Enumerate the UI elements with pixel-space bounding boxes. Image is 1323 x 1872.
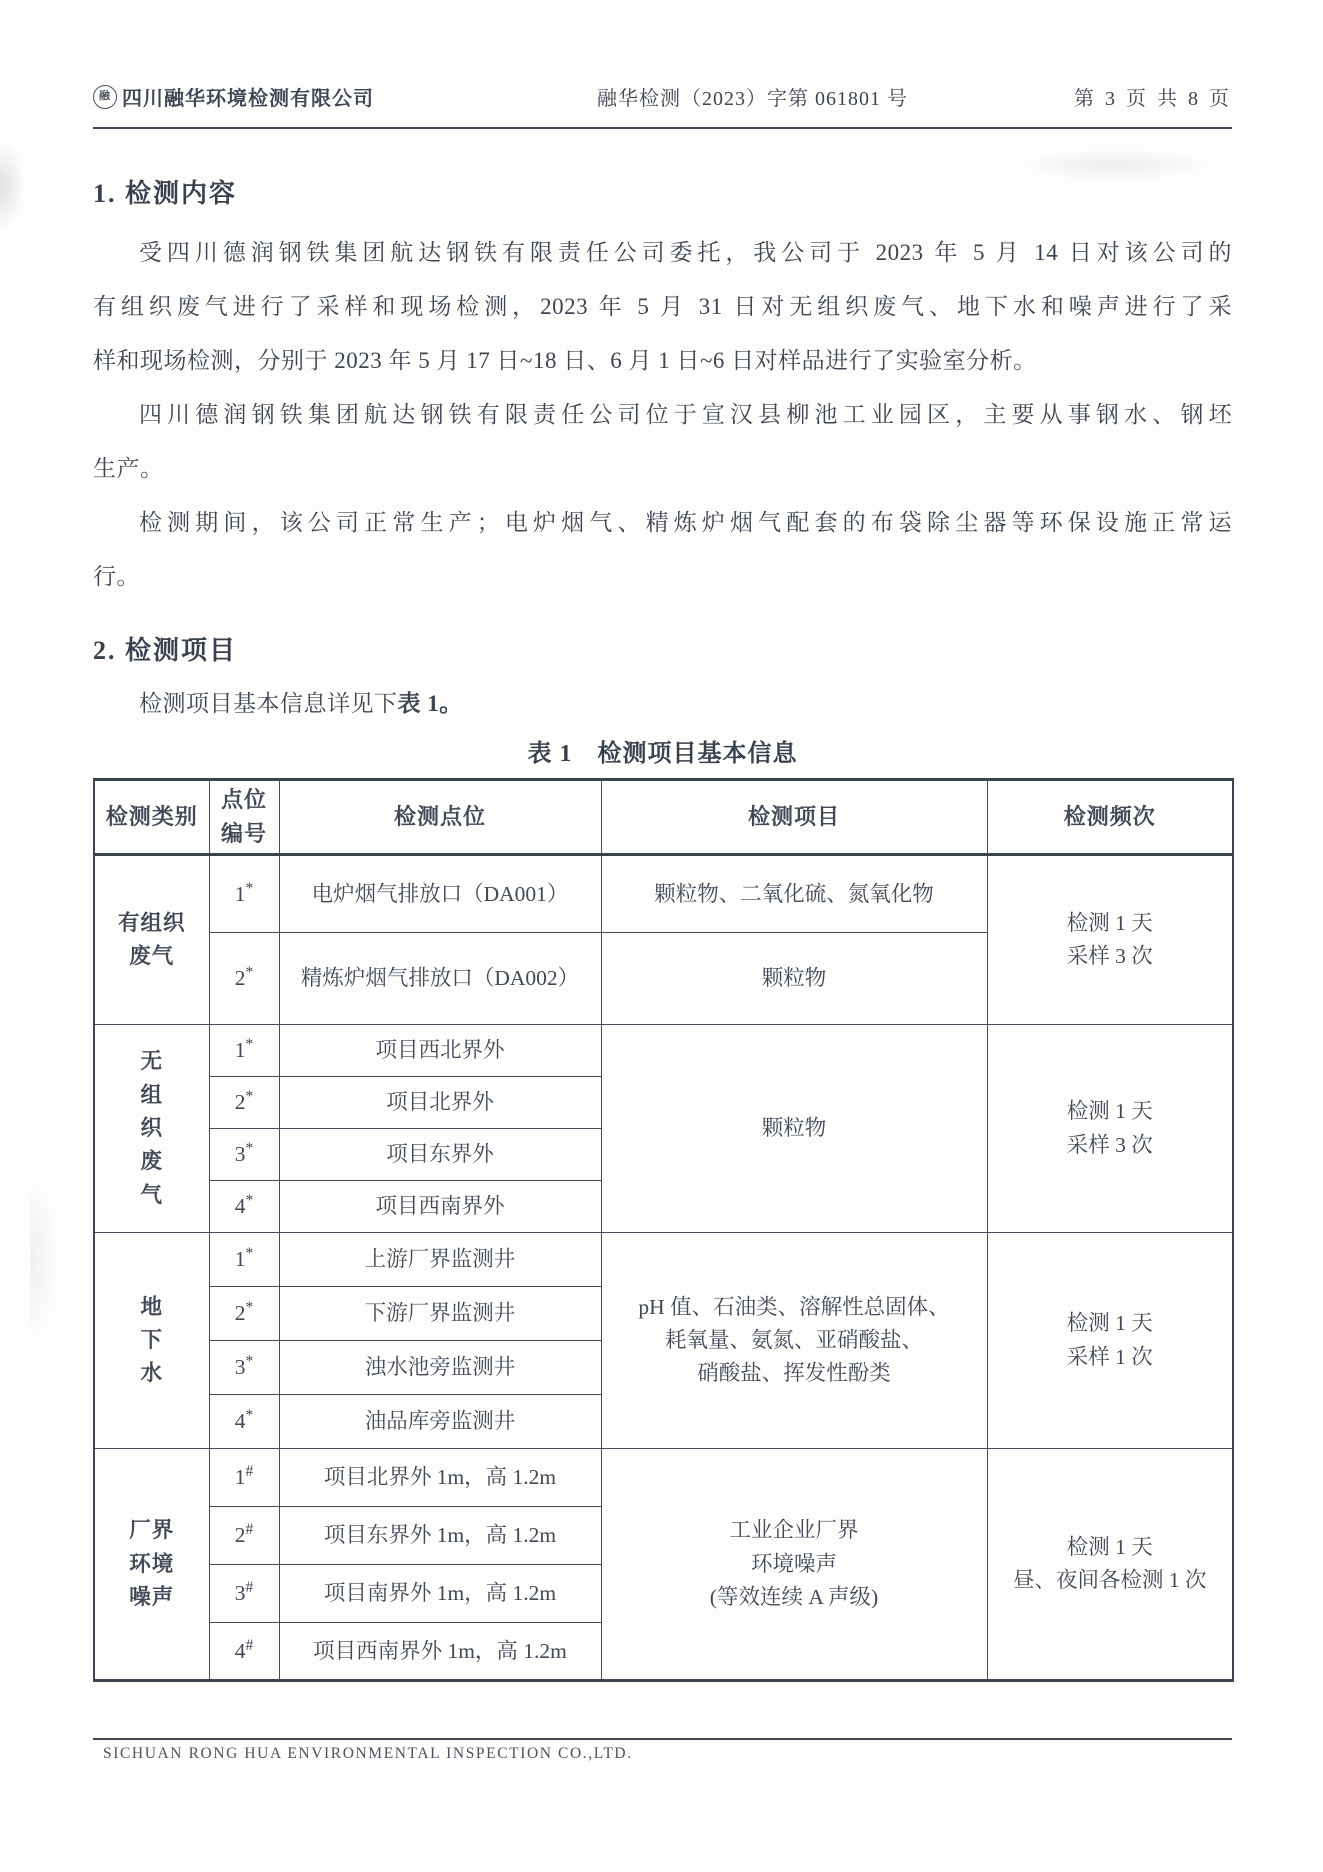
point-cell: 浊水池旁监测井 [279, 1341, 601, 1395]
point-cell: 项目西北界外 [279, 1025, 601, 1077]
point-no-mark: * [246, 1088, 254, 1105]
items-cell: 颗粒物 [601, 933, 987, 1025]
point-no-cell: 1* [209, 855, 279, 933]
point-cell: 项目西南界外 [279, 1181, 601, 1233]
point-no-cell: 3* [209, 1341, 279, 1395]
category-cell: 有组织 废气 [94, 855, 209, 1025]
header-rule [93, 127, 1232, 129]
point-cell: 油品库旁监测井 [279, 1395, 601, 1449]
point-cell: 精炼炉烟气排放口（DA002） [279, 933, 601, 1025]
table-caption: 表 1 检测项目基本信息 [93, 733, 1232, 768]
paragraph-line: 生产。 [93, 442, 1232, 496]
point-no-cell: 4* [209, 1181, 279, 1233]
point-no-cell: 2* [209, 1077, 279, 1129]
paragraph-line: 四川德润钢铁集团航达钢铁有限责任公司位于宣汉县柳池工业园区，主要从事钢水、钢坯 [93, 388, 1232, 442]
point-no-mark: # [246, 1463, 254, 1480]
company-block: 融 四川融华环境检测有限公司 [93, 82, 483, 111]
items-cell: 工业企业厂界 环境噪声 (等效连续 A 声级) [601, 1449, 987, 1681]
point-no-mark: # [246, 1637, 254, 1654]
col-header-items: 检测项目 [601, 780, 987, 855]
paragraph-line: 行。 [93, 550, 1232, 604]
scan-artifact [0, 140, 26, 230]
company-name: 四川融华环境检测有限公司 [122, 82, 374, 111]
point-cell: 项目西南界外 1m，高 1.2m [279, 1623, 601, 1681]
paragraph-2: 四川德润钢铁集团航达钢铁有限责任公司位于宣汉县柳池工业园区，主要从事钢水、钢坯 … [93, 388, 1232, 496]
category-cell: 无 组 织 废 气 [94, 1025, 209, 1233]
page-footer: SICHUAN RONG HUA ENVIRONMENTAL INSPECTIO… [93, 1738, 1232, 1763]
section-1-body: 受四川德润钢铁集团航达钢铁有限责任公司委托，我公司于 2023 年 5 月 14… [93, 226, 1232, 604]
category-cell: 厂界 环境 噪声 [94, 1449, 209, 1681]
paragraph-line: 检测期间，该公司正常生产；电炉烟气、精炼炉烟气配套的布袋除尘器等环保设施正常运 [93, 496, 1232, 550]
frequency-cell: 检测 1 天 采样 3 次 [987, 855, 1233, 1025]
paragraph-1: 受四川德润钢铁集团航达钢铁有限责任公司委托，我公司于 2023 年 5 月 14… [93, 226, 1232, 388]
point-cell: 项目南界外 1m，高 1.2m [279, 1565, 601, 1623]
point-no: 4 [235, 1639, 246, 1663]
point-no-cell: 2* [209, 933, 279, 1025]
paragraph-line: 受四川德润钢铁集团航达钢铁有限责任公司委托，我公司于 2023 年 5 月 14… [93, 226, 1232, 280]
items-cell: pH 值、石油类、溶解性总固体、 耗氧量、氨氮、亚硝酸盐、 硝酸盐、挥发性酚类 [601, 1233, 987, 1449]
table-row: 无 组 织 废 气 1* 项目西北界外 颗粒物 检测 1 天 采样 3 次 [94, 1025, 1233, 1077]
point-cell: 项目东界外 [279, 1129, 601, 1181]
frequency-cell: 检测 1 天 采样 3 次 [987, 1025, 1233, 1233]
document-number: 融华检测（2023）字第 061801 号 [483, 82, 1022, 111]
point-cell: 项目东界外 1m，高 1.2m [279, 1507, 601, 1565]
point-no-cell: 1* [209, 1233, 279, 1287]
footer-rule [93, 1738, 1232, 1740]
frequency-cell: 检测 1 天 昼、夜间各检测 1 次 [987, 1449, 1233, 1681]
point-no: 1 [235, 1248, 246, 1272]
point-no-cell: 2# [209, 1507, 279, 1565]
scan-artifact [30, 1180, 60, 1340]
paragraph-line: 样和现场检测，分别于 2023 年 5 月 17 日~18 日、6 月 1 日~… [93, 334, 1232, 388]
point-no-cell: 3# [209, 1565, 279, 1623]
point-no: 1 [235, 1039, 246, 1063]
page-header: 融 四川融华环境检测有限公司 融华检测（2023）字第 061801 号 第 3… [93, 82, 1232, 111]
point-no: 1 [235, 1466, 246, 1490]
point-no: 3 [235, 1143, 246, 1167]
point-no-cell: 1# [209, 1449, 279, 1507]
frequency-cell: 检测 1 天 采样 1 次 [987, 1233, 1233, 1449]
col-header-point: 检测点位 [279, 780, 601, 855]
point-no-mark: * [246, 1353, 254, 1370]
point-cell: 上游厂界监测井 [279, 1233, 601, 1287]
table-intro-ref: 表 1。 [398, 691, 463, 716]
items-cell: 颗粒物、二氧化硫、氮氧化物 [601, 855, 987, 933]
col-header-category: 检测类别 [94, 780, 209, 855]
point-no-cell: 4# [209, 1623, 279, 1681]
paragraph-line: 有组织废气进行了采样和现场检测，2023 年 5 月 31 日对无组织废气、地下… [93, 280, 1232, 334]
point-no-mark: # [246, 1579, 254, 1596]
point-no-mark: * [246, 1140, 254, 1157]
table-intro-text: 检测项目基本信息详见下 [139, 691, 398, 716]
section-2-heading: 2. 检测项目 [93, 630, 1232, 667]
table-row: 有组织 废气 1* 电炉烟气排放口（DA001） 颗粒物、二氧化硫、氮氧化物 检… [94, 855, 1233, 933]
document-page: 融 四川融华环境检测有限公司 融华检测（2023）字第 061801 号 第 3… [0, 0, 1323, 1872]
point-cell: 下游厂界监测井 [279, 1287, 601, 1341]
items-cell: 颗粒物 [601, 1025, 987, 1233]
point-no-mark: * [246, 1299, 254, 1316]
point-no-mark: * [246, 1245, 254, 1262]
paragraph-3: 检测期间，该公司正常生产；电炉烟气、精炼炉烟气配套的布袋除尘器等环保设施正常运 … [93, 496, 1232, 604]
point-no-mark: * [246, 964, 254, 981]
category-cell: 地 下 水 [94, 1233, 209, 1449]
point-no-mark: * [246, 1192, 254, 1209]
point-no-mark: # [246, 1521, 254, 1538]
point-no: 3 [235, 1582, 246, 1606]
col-header-frequency: 检测频次 [987, 780, 1233, 855]
table-row: 地 下 水 1* 上游厂界监测井 pH 值、石油类、溶解性总固体、 耗氧量、氨氮… [94, 1233, 1233, 1287]
section-1-heading: 1. 检测内容 [93, 173, 1232, 210]
inspection-items-table: 检测类别 点位 编号 检测点位 检测项目 检测频次 有组织 废气 1* 电炉烟气… [93, 778, 1234, 1682]
table-row: 厂界 环境 噪声 1# 项目北界外 1m，高 1.2m 工业企业厂界 环境噪声 … [94, 1449, 1233, 1507]
point-no: 4 [235, 1410, 246, 1434]
point-cell: 项目北界外 1m，高 1.2m [279, 1449, 601, 1507]
point-cell: 项目北界外 [279, 1077, 601, 1129]
col-header-point-no: 点位 编号 [209, 780, 279, 855]
point-no-mark: * [246, 1407, 254, 1424]
point-no: 3 [235, 1356, 246, 1380]
point-no: 2 [235, 1091, 246, 1115]
point-no-mark: * [246, 1036, 254, 1053]
point-no-cell: 4* [209, 1395, 279, 1449]
point-no: 1 [235, 882, 246, 906]
point-cell: 电炉烟气排放口（DA001） [279, 855, 601, 933]
table-intro: 检测项目基本信息详见下表 1。 [93, 679, 1232, 729]
point-no-mark: * [246, 880, 254, 897]
company-logo-icon: 融 [93, 85, 117, 109]
point-no-cell: 3* [209, 1129, 279, 1181]
point-no-cell: 1* [209, 1025, 279, 1077]
footer-company-en: SICHUAN RONG HUA ENVIRONMENTAL INSPECTIO… [93, 1745, 1232, 1763]
point-no: 2 [235, 1524, 246, 1548]
point-no-cell: 2* [209, 1287, 279, 1341]
page-number: 第 3 页 共 8 页 [1022, 82, 1232, 111]
point-no: 4 [235, 1195, 246, 1219]
point-no: 2 [235, 967, 246, 991]
point-no: 2 [235, 1302, 246, 1326]
table-header-row: 检测类别 点位 编号 检测点位 检测项目 检测频次 [94, 780, 1233, 855]
